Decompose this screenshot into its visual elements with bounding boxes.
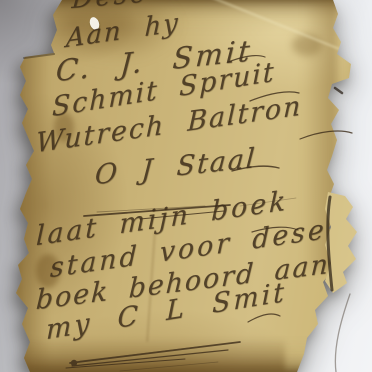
handwriting-layer: Dese Aan hy C. J. Smit Schmit Spruit Wut… bbox=[0, 0, 372, 372]
photo-of-handwritten-note: Dese Aan hy C. J. Smit Schmit Spruit Wut… bbox=[0, 0, 372, 372]
handwritten-line-oj-staal: O J Staal bbox=[94, 143, 258, 191]
